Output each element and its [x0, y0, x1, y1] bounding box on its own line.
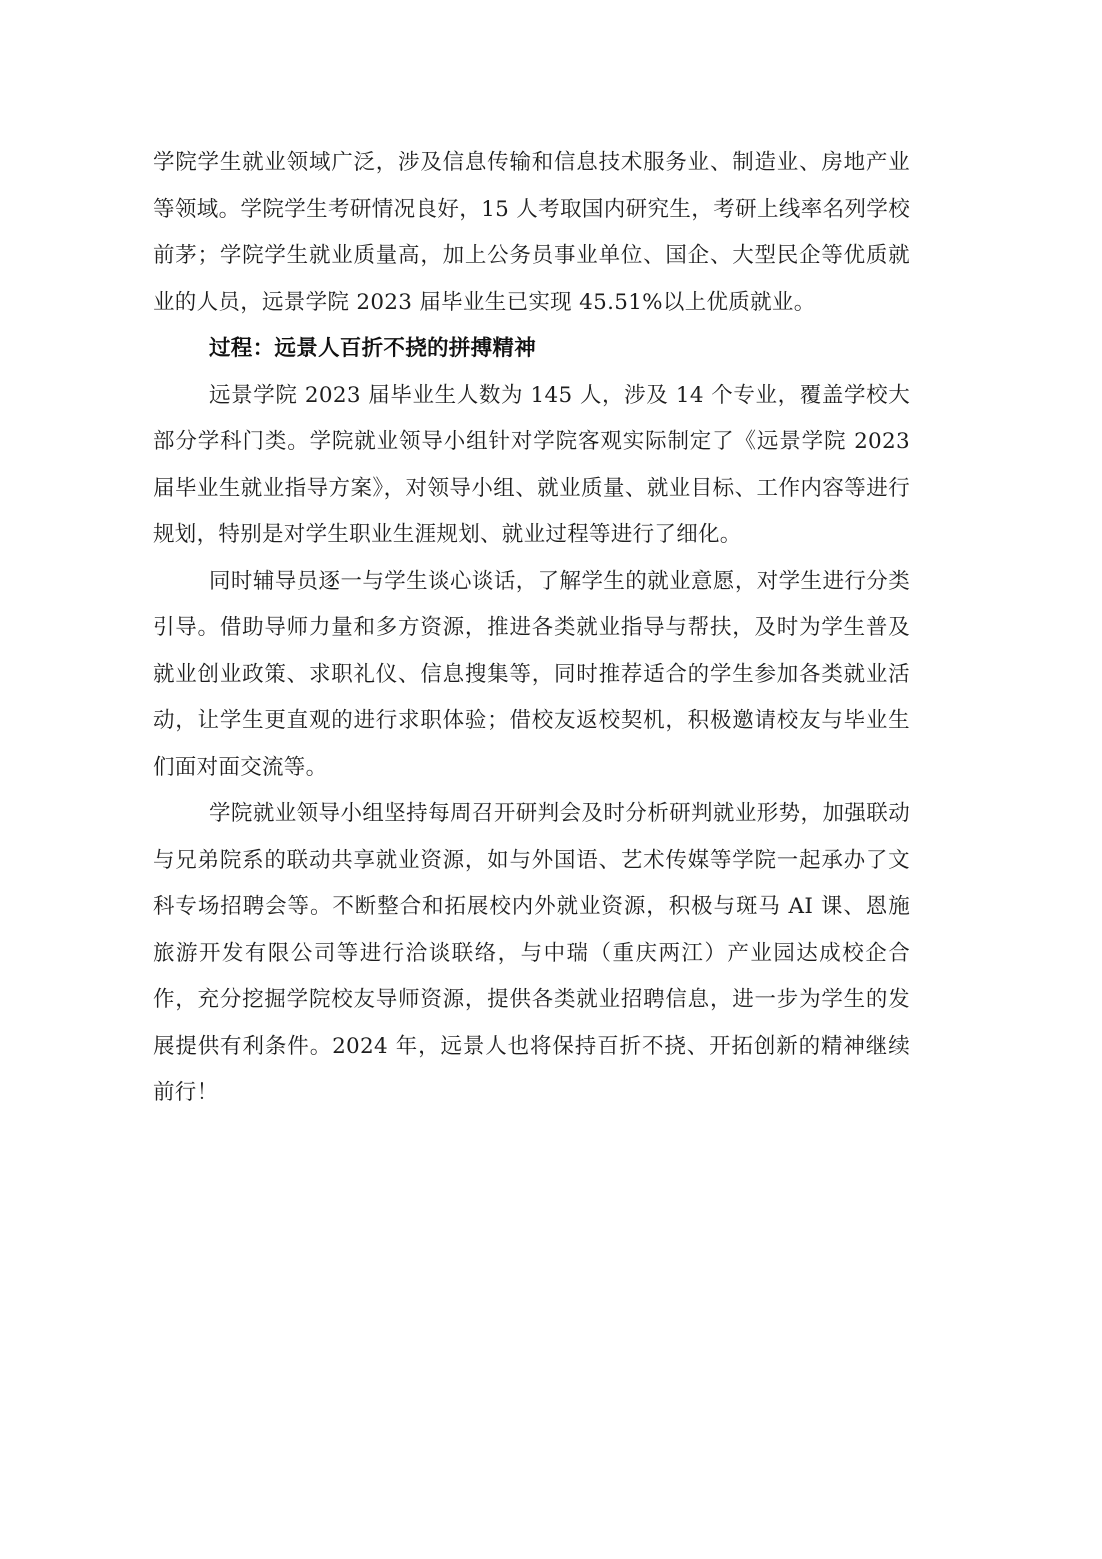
section-heading-process: 过程：远景人百折不挠的拼搏精神 [153, 326, 910, 373]
text-block: 学院学生就业领域广泛，涉及信息传输和信息技术服务业、制造业、房地产业等领域。学院… [153, 140, 910, 1117]
paragraph-counselor-guidance: 同时辅导员逐一与学生谈心谈话，了解学生的就业意愿，对学生进行分类引导。借助导师力… [153, 559, 910, 792]
paragraph-resource-expansion: 学院就业领导小组坚持每周召开研判会及时分析研判就业形势，加强联动与兄弟院系的联动… [153, 791, 910, 1117]
paragraph-graduate-plan: 远景学院 2023 届毕业生人数为 145 人，涉及 14 个专业，覆盖学校大部… [153, 373, 910, 559]
document-page: 学院学生就业领域广泛，涉及信息传输和信息技术服务业、制造业、房地产业等领域。学院… [0, 0, 1102, 1559]
paragraph-employment-overview: 学院学生就业领域广泛，涉及信息传输和信息技术服务业、制造业、房地产业等领域。学院… [153, 140, 910, 326]
